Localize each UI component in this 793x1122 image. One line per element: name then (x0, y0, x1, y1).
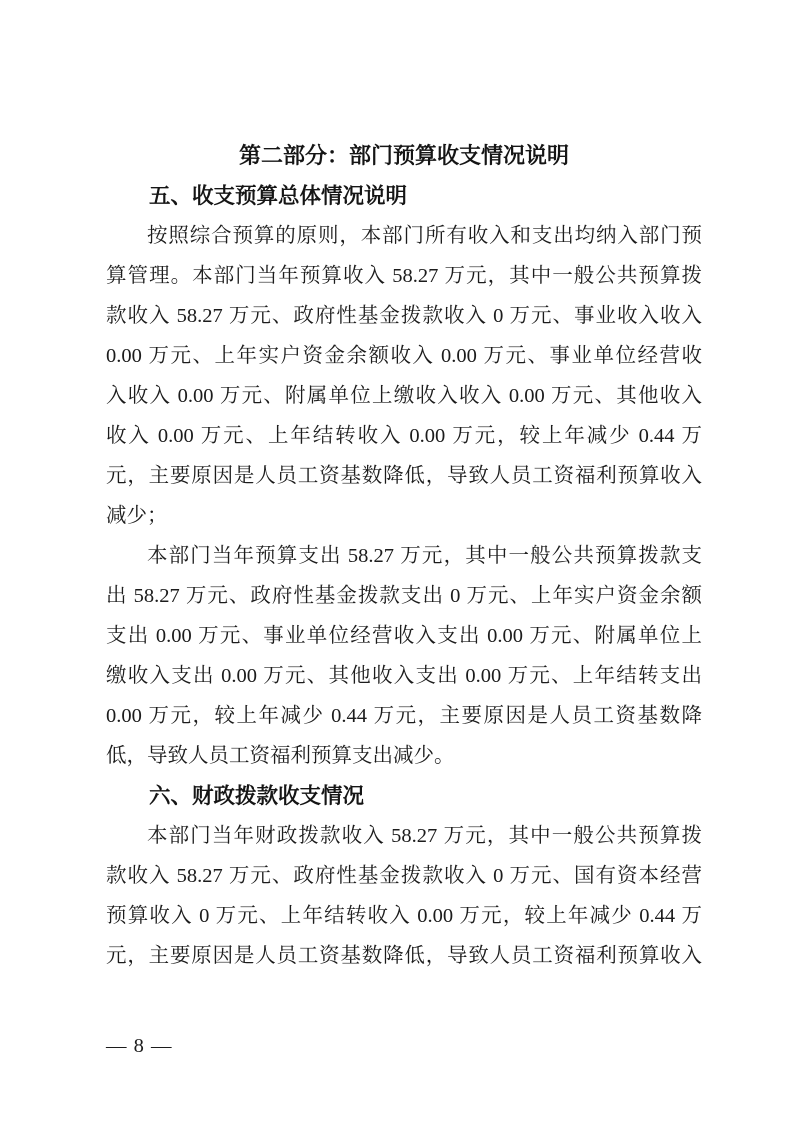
section-six-heading: 六、财政拨款收支情况 (106, 776, 702, 816)
section-five-heading: 五、收支预算总体情况说明 (106, 176, 702, 216)
body-line: 元，主要原因是人员工资基数降低，导致人员工资福利预算收入 (106, 936, 702, 976)
body-line: 收入 0.00 万元、上年结转收入 0.00 万元，较上年减少 0.44 万 (106, 416, 702, 456)
body-line: 款收入 58.27 万元、政府性基金拨款收入 0 万元、事业收入收入 (106, 296, 702, 336)
body-line: 按照综合预算的原则，本部门所有收入和支出均纳入部门预 (106, 216, 702, 256)
body-line: 0.00 万元，较上年减少 0.44 万元，主要原因是人员工资基数降 (106, 696, 702, 736)
body-line: 缴收入支出 0.00 万元、其他收入支出 0.00 万元、上年结转支出 (106, 656, 702, 696)
body-line: 减少； (106, 496, 702, 536)
section-six: 六、财政拨款收支情况 本部门当年财政拨款收入 58.27 万元，其中一般公共预算… (106, 776, 702, 976)
body-line: 出 58.27 万元、政府性基金拨款支出 0 万元、上年实户资金余额 (106, 576, 702, 616)
body-line: 支出 0.00 万元、事业单位经营收入支出 0.00 万元、附属单位上 (106, 616, 702, 656)
body-line: 元，主要原因是人员工资基数降低，导致人员工资福利预算收入 (106, 456, 702, 496)
document-body: 第二部分：部门预算收支情况说明 五、收支预算总体情况说明 按照综合预算的原则，本… (106, 136, 702, 976)
section-five: 五、收支预算总体情况说明 按照综合预算的原则，本部门所有收入和支出均纳入部门预 … (106, 176, 702, 776)
body-line: 入收入 0.00 万元、附属单位上缴收入收入 0.00 万元、其他收入 (106, 376, 702, 416)
body-line: 0.00 万元、上年实户资金余额收入 0.00 万元、事业单位经营收 (106, 336, 702, 376)
paragraph: 本部门当年财政拨款收入 58.27 万元，其中一般公共预算拨 款收入 58.27… (106, 816, 702, 976)
page-title: 第二部分：部门预算收支情况说明 (106, 136, 702, 176)
body-line: 算管理。本部门当年预算收入 58.27 万元，其中一般公共预算拨 (106, 256, 702, 296)
body-line: 预算收入 0 万元、上年结转收入 0.00 万元，较上年减少 0.44 万 (106, 896, 702, 936)
paragraph: 本部门当年预算支出 58.27 万元，其中一般公共预算拨款支 出 58.27 万… (106, 536, 702, 776)
body-line: 低，导致人员工资福利预算支出减少。 (106, 736, 702, 776)
body-line: 本部门当年预算支出 58.27 万元，其中一般公共预算拨款支 (106, 536, 702, 576)
page-number: — 8 — (106, 1026, 173, 1066)
body-line: 款收入 58.27 万元、政府性基金拨款收入 0 万元、国有资本经营 (106, 856, 702, 896)
paragraph: 按照综合预算的原则，本部门所有收入和支出均纳入部门预 算管理。本部门当年预算收入… (106, 216, 702, 536)
document-page: 第二部分：部门预算收支情况说明 五、收支预算总体情况说明 按照综合预算的原则，本… (0, 0, 793, 1122)
body-line: 本部门当年财政拨款收入 58.27 万元，其中一般公共预算拨 (106, 816, 702, 856)
